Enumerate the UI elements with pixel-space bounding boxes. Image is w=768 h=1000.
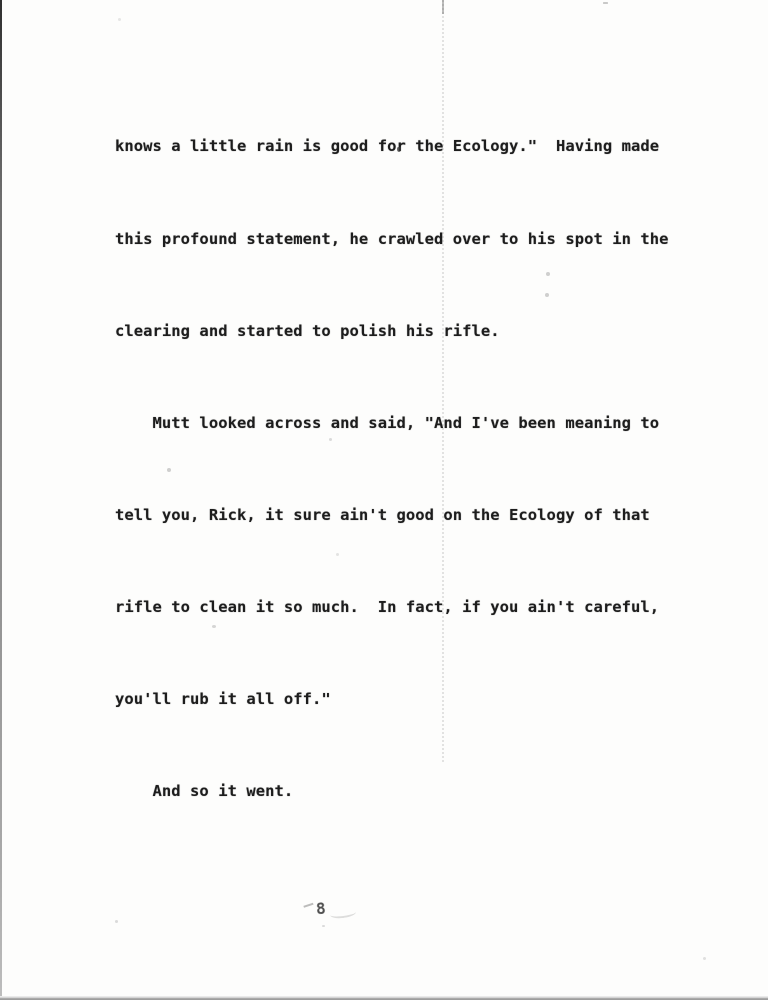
text-line: knows a little rain is good for the Ecol… — [115, 131, 669, 162]
smudge-dash — [303, 902, 313, 907]
text-line: Mutt looked across and said, "And I've b… — [115, 408, 669, 439]
text-line: clearing and started to polish his rifle… — [115, 316, 669, 347]
scan-speck — [397, 147, 401, 152]
text-line: you'll rub it all off." — [115, 684, 669, 715]
scan-speck — [115, 920, 118, 923]
text-line: And so it went. — [115, 776, 669, 807]
smudge-tail — [329, 907, 356, 919]
scan-speck — [381, 513, 384, 516]
scanned-page: knows a little rain is good for the Ecol… — [0, 0, 768, 1000]
scan-speck — [167, 468, 171, 472]
left-edge-shadow — [0, 0, 2, 1000]
scan-speck — [118, 18, 121, 21]
text-line: rifle to clean it so much. In fact, if y… — [115, 592, 669, 623]
scan-speck — [322, 925, 325, 927]
scan-speck — [703, 957, 706, 960]
page-number: 8 — [305, 899, 356, 918]
bottom-edge-shadow — [0, 996, 768, 1000]
center-fold-line-top — [442, 0, 444, 14]
scan-speck — [545, 293, 549, 297]
scan-speck — [336, 553, 339, 556]
scan-speck — [603, 2, 608, 4]
page-number-text: 8 — [315, 899, 326, 919]
body-text: knows a little rain is good for the Ecol… — [115, 70, 669, 868]
text-line: this profound statement, he crawled over… — [115, 224, 669, 255]
text-line: tell you, Rick, it sure ain't good on th… — [115, 500, 669, 531]
scan-speck — [329, 438, 332, 441]
scan-speck — [546, 272, 550, 276]
scan-speck — [212, 625, 216, 628]
